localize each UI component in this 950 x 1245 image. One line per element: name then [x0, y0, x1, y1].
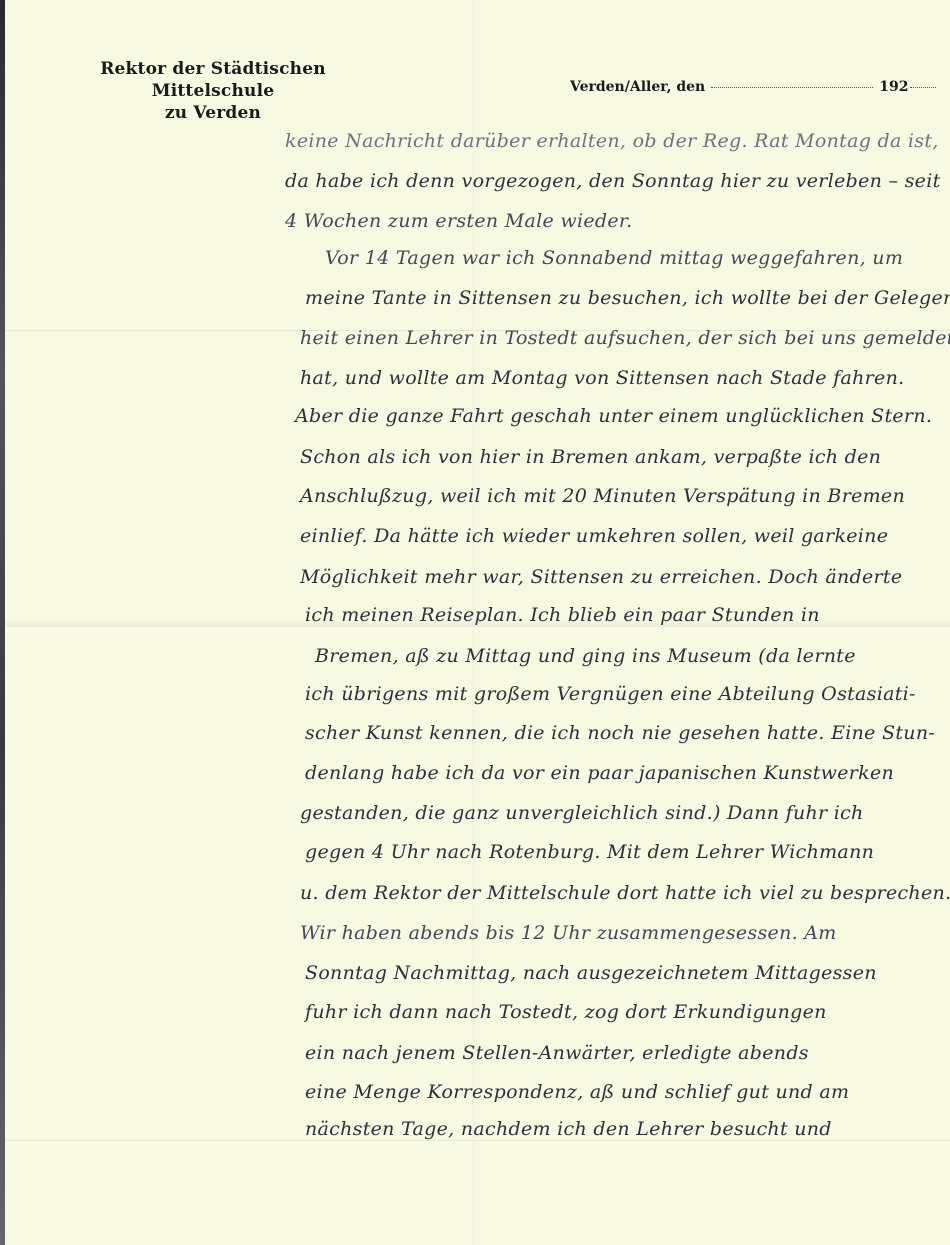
date-year-prefix: 192	[879, 79, 908, 95]
letter-line: fuhr ich dann nach Tostedt, zog dort Erk…	[305, 1001, 827, 1023]
letter-line: scher Kunst kennen, die ich noch nie ges…	[305, 722, 935, 744]
letter-line: ich meinen Reiseplan. Ich blieb ein paar…	[305, 604, 820, 626]
paper-crease	[5, 1140, 950, 1141]
letter-line: 4 Wochen zum ersten Male wieder.	[285, 210, 633, 232]
letter-line: eine Menge Korrespondenz, aß und schlief…	[305, 1081, 849, 1103]
letter-line: u. dem Rektor der Mittelschule dort hatt…	[300, 882, 950, 904]
letter-line: Möglichkeit mehr war, Sittensen zu errei…	[300, 566, 902, 588]
letter-page: Rektor der Städtischen Mittelschule zu V…	[5, 0, 950, 1245]
letter-line: gegen 4 Uhr nach Rotenburg. Mit dem Lehr…	[305, 841, 874, 863]
letter-line: gestanden, die ganz unvergleichlich sind…	[300, 802, 864, 824]
letterhead: Rektor der Städtischen Mittelschule zu V…	[43, 58, 383, 124]
letter-line: Wir haben abends bis 12 Uhr zusammengese…	[300, 922, 837, 944]
date-line: Verden/Aller, den192	[570, 79, 936, 95]
letter-line: meine Tante in Sittensen zu besuchen, ic…	[305, 287, 950, 309]
letter-line: hat, und wollte am Montag von Sittensen …	[300, 367, 904, 389]
letterhead-title: Rektor der Städtischen Mittelschule	[43, 58, 383, 102]
letter-line: denlang habe ich da vor ein paar japanis…	[305, 762, 894, 784]
letterhead-location: zu Verden	[43, 102, 383, 124]
letter-line: nächsten Tage, nachdem ich den Lehrer be…	[305, 1118, 832, 1140]
letter-line: heit einen Lehrer in Tostedt aufsuchen, …	[300, 327, 950, 349]
letter-line: da habe ich denn vorgezogen, den Sonntag…	[285, 170, 941, 192]
letter-line: Aber die ganze Fahrt geschah unter einem…	[295, 405, 932, 427]
date-place: Verden/Aller, den	[570, 79, 705, 95]
letter-line: Vor 14 Tagen war ich Sonnabend mittag we…	[325, 247, 903, 269]
letter-line: ich übrigens mit großem Vergnügen eine A…	[305, 683, 916, 705]
letter-line: Schon als ich von hier in Bremen ankam, …	[300, 446, 881, 468]
letter-line: einlief. Da hätte ich wieder umkehren so…	[300, 525, 888, 547]
letter-line: ein nach jenem Stellen-Anwärter, erledig…	[305, 1042, 809, 1064]
letter-line: keine Nachricht darüber erhalten, ob der…	[285, 130, 939, 152]
year-blank	[910, 87, 936, 88]
letter-line: Sonntag Nachmittag, nach ausgezeichnetem…	[305, 962, 877, 984]
date-blank	[711, 87, 873, 88]
letter-line: Bremen, aß zu Mittag und ging ins Museum…	[315, 645, 856, 667]
letter-line: Anschlußzug, weil ich mit 20 Minuten Ver…	[300, 485, 905, 507]
